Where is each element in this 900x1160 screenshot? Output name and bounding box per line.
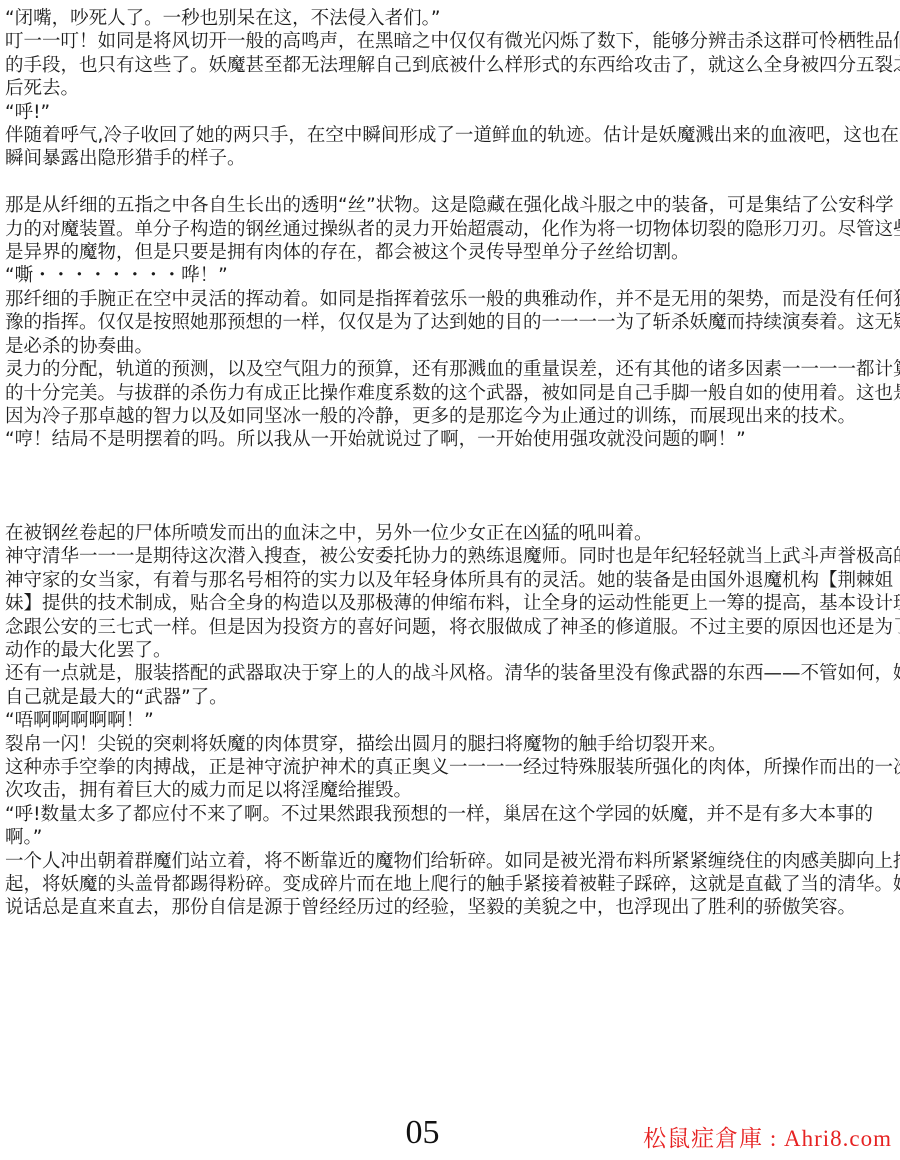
- text-line: 动作的最大化罢了。: [5, 639, 897, 662]
- page-footer: 05 松鼠症倉庫 : Ahri8.com: [0, 1100, 900, 1160]
- text-line: 念跟公安的三七式一样。但是因为投资方的喜好问题，将衣服做成了神圣的修道服。不过主…: [5, 616, 897, 639]
- text-line: 的手段，也只有这些了。妖魔甚至都无法理解自己到底被什么样形式的东西给攻击了，就这…: [5, 54, 897, 77]
- text-line: 那纤细的手腕正在空中灵活的挥动着。如同是指挥着弦乐一般的典雅动作，并不是无用的架…: [5, 288, 897, 311]
- text-line: [5, 171, 897, 194]
- text-line: 一个人冲出朝着群魔们站立着，将不断靠近的魔物们给斩碎。如同是被光滑布料所紧紧缠绕…: [5, 850, 897, 873]
- text-line: 是必杀的协奏曲。: [5, 335, 897, 358]
- text-line: 瞬间暴露出隐形猎手的样子。: [5, 147, 897, 170]
- text-line: “呼!”: [5, 101, 897, 124]
- text-line: 还有一点就是，服装搭配的武器取决于穿上的人的战斗风格。清华的装备里没有像武器的东…: [5, 662, 897, 685]
- text-line: 是异界的魔物，但是只要是拥有肉体的存在，都会被这个灵传导型单分子丝给切割。: [5, 241, 897, 264]
- text-line: “闭嘴，吵死人了。一秒也别呆在这，不法侵入者们。”: [5, 7, 897, 30]
- watermark-site-link[interactable]: 松鼠症倉庫 : Ahri8.com: [643, 1120, 892, 1153]
- text-line: 灵力的分配，轨道的预测，以及空气阻力的预算，还有那溅血的重量误差，还有其他的诸多…: [5, 358, 897, 381]
- text-line: 叮一一叮！如同是将风切开一般的高鸣声，在黑暗之中仅仅有微光闪烁了数下，能够分辨击…: [5, 30, 897, 53]
- text-line: 那是从纤细的五指之中各自生长出的透明“丝”状物。这是隐藏在强化战斗服之中的装备，…: [5, 194, 897, 217]
- text-line: 后死去。: [5, 77, 897, 100]
- text-line: [5, 499, 897, 522]
- text-line: 伴随着呼气,冷子收回了她的两只手，在空中瞬间形成了一道鲜血的轨迹。估计是妖魔溅出…: [5, 124, 897, 147]
- text-line: 因为冷子那卓越的智力以及如同坚冰一般的冷静，更多的是那迄今为止通过的训练，而展现…: [5, 405, 897, 428]
- text-line: 起，将妖魔的头盖骨都踢得粉碎。变成碎片而在地上爬行的触手紧接着被鞋子踩碎，这就是…: [5, 873, 897, 896]
- text-line: 力的对魔装置。单分子构造的钢丝通过操纵者的灵力开始超震动，化作为将一切物体切裂的…: [5, 218, 897, 241]
- novel-text-body: “闭嘴，吵死人了。一秒也别呆在这，不法侵入者们。”叮一一叮！如同是将风切开一般的…: [5, 7, 897, 920]
- novel-page: “闭嘴，吵死人了。一秒也别呆在这，不法侵入者们。”叮一一叮！如同是将风切开一般的…: [0, 0, 900, 1160]
- text-line: 神守家的女当家，有着与那名号相符的实力以及年轻身体所具有的灵活。她的装备是由国外…: [5, 569, 897, 592]
- text-line: 在被钢丝卷起的尸体所喷发而出的血沫之中，另外一位少女正在凶猛的吼叫着。: [5, 522, 897, 545]
- text-line: 豫的指挥。仅仅是按照她那预想的一样，仅仅是为了达到她的目的一一一一为了斩杀妖魔而…: [5, 311, 897, 334]
- text-line: 自己就是最大的“武器”了。: [5, 686, 897, 709]
- text-line: 妹】提供的技术制成，贴合全身的构造以及那极薄的伸缩布料，让全身的运动性能更上一筹…: [5, 592, 897, 615]
- text-line: [5, 452, 897, 475]
- text-line: [5, 475, 897, 498]
- text-line: 这种赤手空拳的肉搏战，正是神守流护神术的真正奥义一一一一经过特殊服装所强化的肉体…: [5, 756, 897, 779]
- text-line: “呼!数量太多了都应付不来了啊。不过果然跟我预想的一样，巢居在这个学园的妖魔，并…: [5, 803, 897, 826]
- text-line: 的十分完美。与拔群的杀伤力有成正比操作难度系数的这个武器，被如同是自己手脚一般自…: [5, 382, 897, 405]
- text-line: 说话总是直来直去，那份自信是源于曾经经历过的经验，坚毅的美貌之中，也浮现出了胜利…: [5, 896, 897, 919]
- text-line: 啊。”: [5, 826, 897, 849]
- text-line: “嘶・・・・・・・・哗！”: [5, 264, 897, 287]
- text-line: “唔啊啊啊啊啊！”: [5, 709, 897, 732]
- text-line: 次攻击，拥有着巨大的威力而足以将淫魔给摧毁。: [5, 779, 897, 802]
- text-line: “哼！结局不是明摆着的吗。所以我从一开始就说过了啊，一开始使用强攻就没问题的啊！…: [5, 428, 897, 451]
- text-line: 裂帛一闪！尖锐的突刺将妖魔的肉体贯穿，描绘出圆月的腿扫将魔物的触手给切裂开来。: [5, 733, 897, 756]
- text-line: 神守清华一一一是期待这次潜入搜查，被公安委托协力的熟练退魔师。同时也是年纪轻轻就…: [5, 545, 897, 568]
